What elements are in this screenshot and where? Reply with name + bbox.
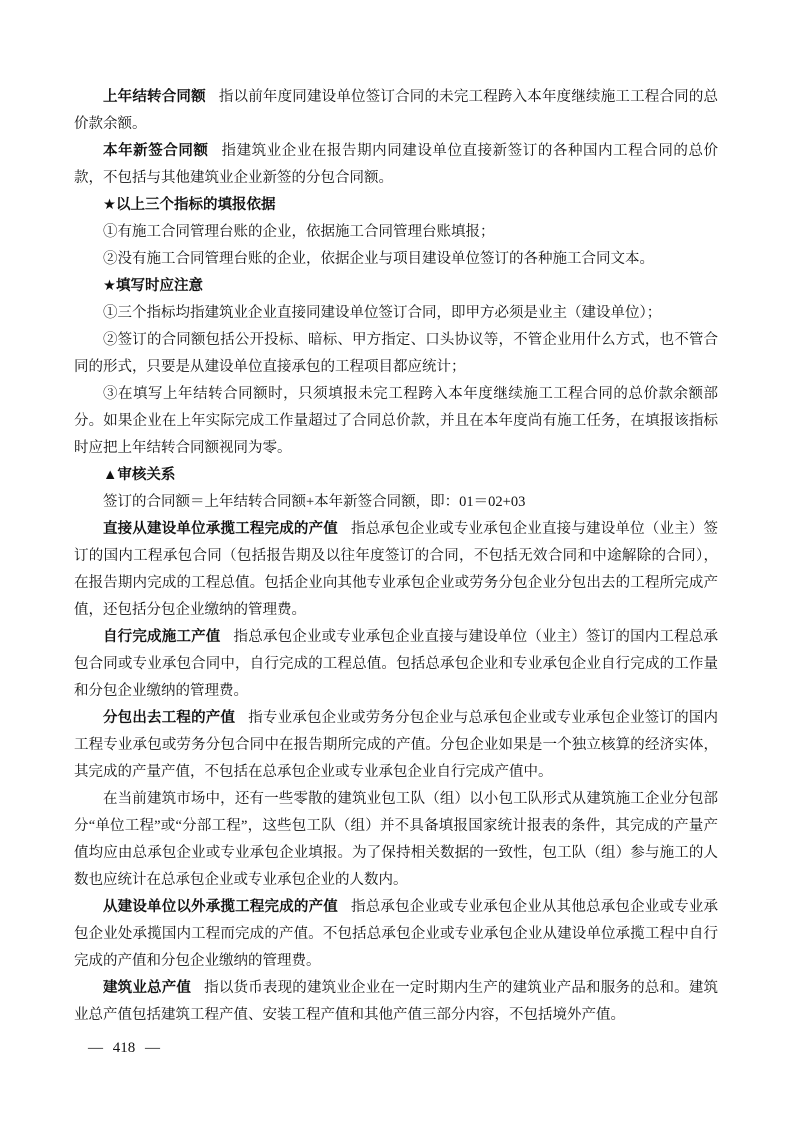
term-label: 自行完成施工产值 [103,629,221,645]
page-number: — 418 — [88,1038,160,1058]
note-paragraph: ②签订的合同额包括公开投标、暗标、甲方指定、口头协议等，不管企业用什么方式，也不… [74,327,718,381]
definition-paragraph: 从建设单位以外承揽工程完成的产值指总承包企业或专业承包企业从其他总承包企业或专业… [74,894,718,975]
definition-paragraph: 本年新签合同额指建筑业企业在报告期内同建设单位直接新签订的各种国内工程合同的总价… [74,138,718,192]
section-heading: ★填写时应注意 [74,273,718,300]
definition-paragraph: 上年结转合同额指以前年度同建设单位签订合同的未完工程跨入本年度继续施工工程合同的… [74,84,718,138]
document-page: 上年结转合同额指以前年度同建设单位签订合同的未完工程跨入本年度继续施工工程合同的… [0,0,793,1122]
term-label: 从建设单位以外承揽工程完成的产值 [103,899,338,915]
term-label: 本年新签合同额 [103,143,208,159]
document-body: 上年结转合同额指以前年度同建设单位签订合同的未完工程跨入本年度继续施工工程合同的… [74,84,718,1029]
formula-line: 签订的合同额＝上年结转合同额+本年新签合同额，即：01＝02+03 [74,489,718,516]
note-paragraph: ①三个指标均指建筑业企业直接同建设单位签订合同，即甲方必须是业主（建设单位）； [74,300,718,327]
term-label: 直接从建设单位承揽工程完成的产值 [103,521,338,537]
section-heading: ▲审核关系 [74,462,718,489]
definition-paragraph: 建筑业总产值指以货币表现的建筑业企业在一定时期内生产的建筑业产品和服务的总和。建… [74,975,718,1029]
note-paragraph: ①有施工合同管理台账的企业，依据施工合同管理台账填报； [74,219,718,246]
definition-paragraph: 分包出去工程的产值指专业承包企业或劳务分包企业与总承包企业或专业承包企业签订的国… [74,705,718,786]
note-paragraph: ②没有施工合同管理台账的企业，依据企业与项目建设单位签订的各种施工合同文本。 [74,246,718,273]
definition-paragraph: 自行完成施工产值指总承包企业或专业承包企业直接与建设单位（业主）签订的国内工程总… [74,624,718,705]
note-paragraph: 在当前建筑市场中，还有一些零散的建筑业包工队（组）以小包工队形式从建筑施工企业分… [74,786,718,894]
term-label: 建筑业总产值 [103,980,191,996]
term-label: 上年结转合同额 [103,89,206,105]
definition-paragraph: 直接从建设单位承揽工程完成的产值指总承包企业或专业承包企业直接与建设单位（业主）… [74,516,718,624]
note-paragraph: ③在填写上年结转合同额时，只须填报未完工程跨入本年度继续施工工程合同的总价款余额… [74,381,718,462]
term-label: 分包出去工程的产值 [103,710,235,726]
section-heading: ★以上三个指标的填报依据 [74,192,718,219]
